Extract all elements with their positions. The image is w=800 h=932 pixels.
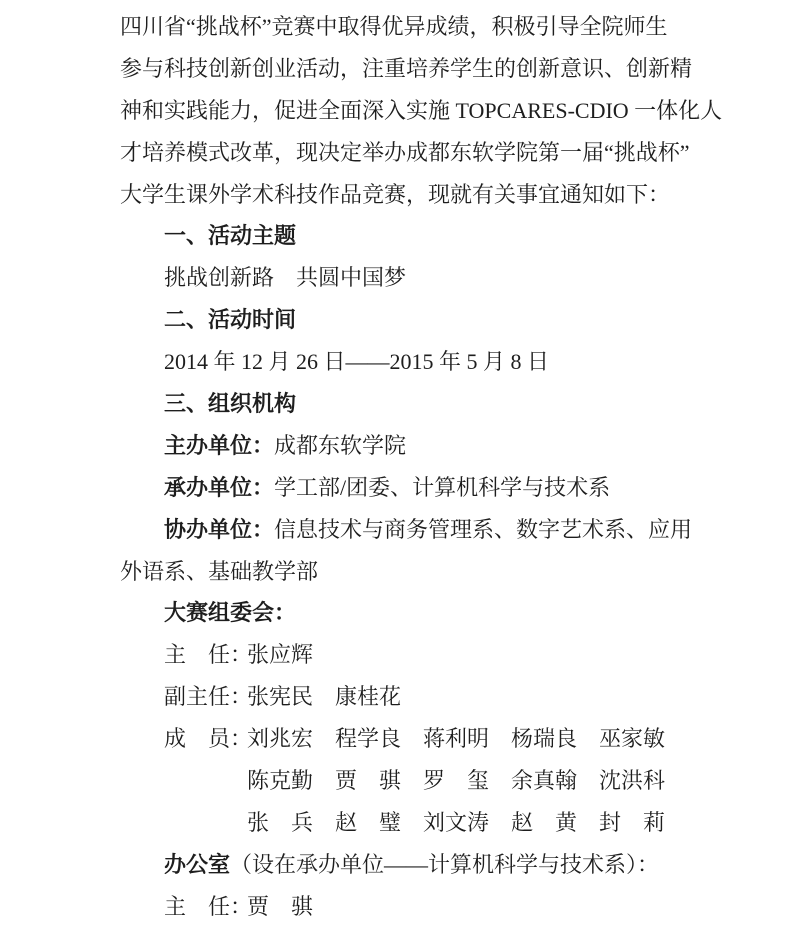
organizer-unit-label: 承办单位：	[164, 475, 274, 500]
committee-director-line: 主 任：张应辉	[120, 634, 692, 676]
committee-heading: 大赛组委会：	[120, 592, 692, 634]
co-organizer-unit-value: 信息技术与商务管理系、数字艺术系、应用	[274, 517, 692, 542]
office-note: （设在承办单位——计算机科学与技术系）：	[230, 852, 659, 877]
host-unit-value: 成都东软学院	[274, 433, 406, 458]
intro-line-2: 参与科技创新创业活动，注重培养学生的创新意识、创新精	[120, 48, 692, 90]
committee-director-name: 张应辉	[247, 642, 313, 667]
committee-deputy-label: 副主任：	[164, 676, 247, 718]
committee-deputy-line: 副主任：张宪民康桂花	[120, 676, 692, 718]
member-name: 刘文涛	[423, 802, 511, 844]
office-label: 办公室	[164, 852, 230, 877]
intro-line-4: 才培养模式改革，现决定举办成都东软学院第一届“挑战杯”	[120, 132, 692, 174]
member-name: 罗 玺	[423, 760, 511, 802]
host-unit-line: 主办单位：成都东软学院	[120, 425, 692, 467]
document-page: 四川省“挑战杯”竞赛中取得优异成绩，积极引导全院师生 参与科技创新创业活动，注重…	[0, 0, 800, 932]
intro-line-1: 四川省“挑战杯”竞赛中取得优异成绩，积极引导全院师生	[120, 6, 692, 48]
deputy-name: 康桂花	[335, 676, 401, 718]
member-name: 余真翰	[511, 760, 599, 802]
section-2-heading: 二、活动时间	[120, 299, 692, 341]
intro-line-5: 大学生课外学术科技作品竞赛，现就有关事宜通知如下：	[120, 174, 692, 216]
activity-theme: 挑战创新路 共圆中国梦	[120, 257, 692, 299]
member-name: 巫家敏	[599, 718, 665, 760]
co-organizer-unit-line: 协办单位：信息技术与商务管理系、数字艺术系、应用	[120, 509, 692, 551]
office-director-label: 主 任：	[164, 886, 247, 928]
activity-dates: 2014 年 12 月 26 日——2015 年 5 月 8 日	[120, 341, 692, 383]
organizer-unit-value: 学工部/团委、计算机科学与技术系	[274, 475, 610, 500]
committee-members-row-2: 陈克勤贾 骐罗 玺余真翰沈洪科	[120, 760, 692, 802]
office-director-name: 贾 骐	[247, 894, 313, 919]
member-name: 封 莉	[599, 802, 665, 844]
member-name: 程学良	[335, 718, 423, 760]
host-unit-label: 主办单位：	[164, 433, 274, 458]
office-line: 办公室（设在承办单位——计算机科学与技术系）：	[120, 844, 692, 886]
section-1-heading: 一、活动主题	[120, 215, 692, 257]
committee-members-row-3: 张 兵赵 璧刘文涛赵 黄封 莉	[120, 802, 692, 844]
member-name: 张 兵	[247, 802, 335, 844]
member-name: 贾 骐	[335, 760, 423, 802]
member-name: 陈克勤	[247, 760, 335, 802]
organizer-unit-line: 承办单位：学工部/团委、计算机科学与技术系	[120, 467, 692, 509]
member-name: 赵 黄	[511, 802, 599, 844]
committee-members-row-1: 成 员：刘兆宏程学良蒋利明杨瑞良巫家敏	[120, 718, 692, 760]
co-organizer-unit-label: 协办单位：	[164, 517, 274, 542]
co-organizer-continuation-line: 外语系、基础教学部	[120, 551, 692, 593]
intro-line-3: 神和实践能力，促进全面深入实施 TOPCARES-CDIO 一体化人	[120, 90, 692, 132]
member-name: 杨瑞良	[511, 718, 599, 760]
member-name: 赵 璧	[335, 802, 423, 844]
committee-members-label: 成 员：	[164, 718, 247, 760]
section-3-heading: 三、组织机构	[120, 383, 692, 425]
committee-director-label: 主 任：	[164, 634, 247, 676]
member-name: 蒋利明	[423, 718, 511, 760]
deputy-name: 张宪民	[247, 676, 335, 718]
member-name: 刘兆宏	[247, 718, 335, 760]
member-name: 沈洪科	[599, 760, 665, 802]
office-director-line: 主 任：贾 骐	[120, 886, 692, 928]
